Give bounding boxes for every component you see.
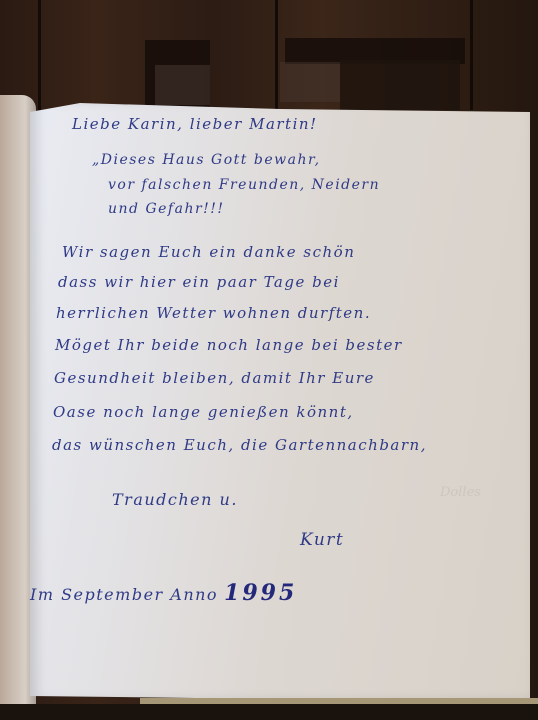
wood-gap bbox=[280, 62, 340, 102]
date-year: 1995 bbox=[224, 580, 297, 606]
wood-grain bbox=[38, 0, 41, 110]
signature-line-1: Traudchen u. bbox=[112, 490, 238, 509]
photo-scene: Dolles Liebe Karin, lieber Martin! „Dies… bbox=[0, 0, 538, 720]
body-line: dass wir hier ein paar Tage bei bbox=[58, 273, 340, 291]
greeting: Liebe Karin, lieber Martin! bbox=[72, 115, 318, 133]
date-text: Im September Anno bbox=[30, 585, 218, 604]
quote-line: vor falschen Freunden, Neidern bbox=[108, 177, 380, 193]
body-line: Oase noch lange genießen könnt, bbox=[53, 403, 354, 421]
wood-shadow bbox=[340, 60, 460, 110]
bleed-through-text: Dolles bbox=[440, 485, 481, 500]
quote-line: „Dieses Haus Gott bewahr, bbox=[92, 152, 321, 168]
wood-grain bbox=[275, 0, 278, 110]
body-line: herrlichen Wetter wohnen durften. bbox=[56, 304, 371, 322]
wood-gap bbox=[155, 65, 210, 105]
wood-grain bbox=[470, 0, 473, 110]
quote-line: und Gefahr!!! bbox=[108, 201, 225, 217]
table-surface bbox=[0, 704, 538, 720]
body-line: Möget Ihr beide noch lange bei bester bbox=[55, 336, 403, 354]
body-line: Wir sagen Euch ein danke schön bbox=[62, 243, 355, 261]
body-line: das wünschen Euch, die Gartennachbarn, bbox=[52, 436, 427, 454]
entry-date: Im September Anno1995 bbox=[30, 580, 297, 606]
signature-line-2: Kurt bbox=[300, 530, 344, 550]
body-line: Gesundheit bleiben, damit Ihr Eure bbox=[54, 369, 375, 387]
